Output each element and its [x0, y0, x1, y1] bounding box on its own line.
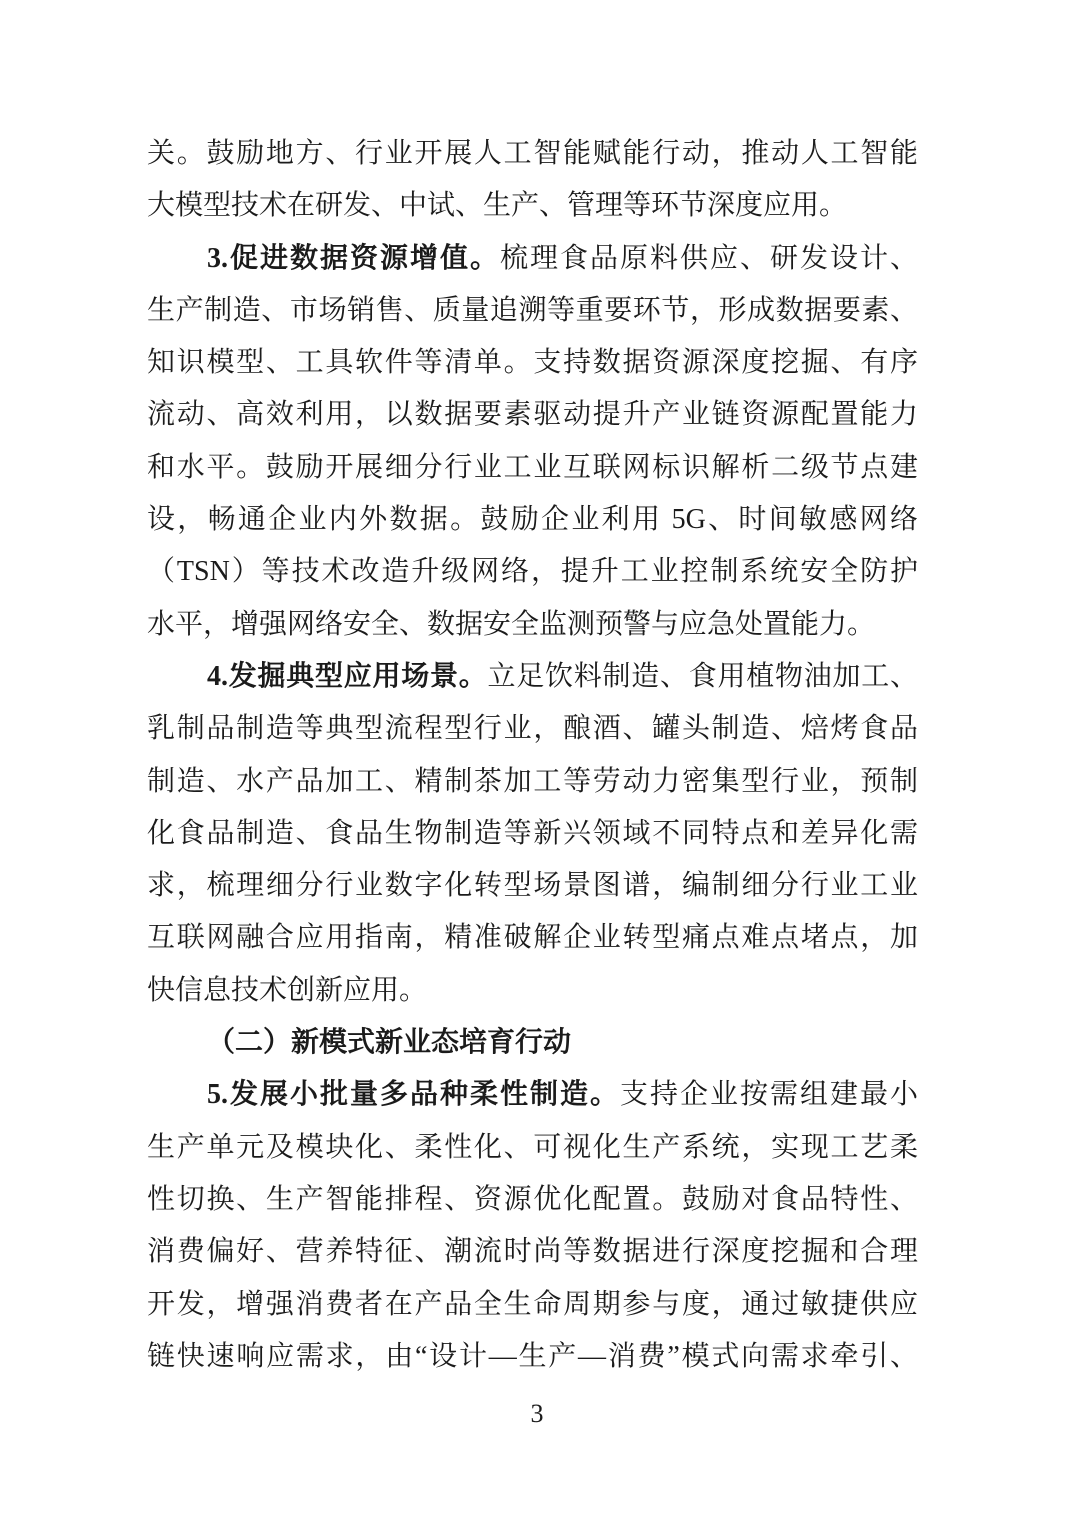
- text-line: 关。鼓励地方、行业开展人工智能赋能行动，推动人工智能: [147, 128, 918, 180]
- bold-run: 4.发掘典型应用场景。: [207, 661, 488, 692]
- text-line: 开发，增强消费者在产品全生命周期参与度，通过敏捷供应: [147, 1279, 918, 1331]
- text-run: （TSN）等技术改造升级网络，提升工业控制系统安全防护: [147, 556, 918, 587]
- text-line: 4.发掘典型应用场景。立足饮料制造、食用植物油加工、: [147, 651, 918, 703]
- text-run: 制造、水产品加工、精制茶加工等劳动力密集型行业，预制: [147, 766, 918, 797]
- text-line: 知识模型、工具软件等清单。支持数据资源深度挖掘、有序: [147, 337, 918, 389]
- text-run: 快信息技术创新应用。: [147, 975, 427, 1006]
- text-run: 和水平。鼓励开展细分行业工业互联网标识解析二级节点建: [147, 452, 918, 483]
- text-run: 支持企业按需组建最小: [620, 1079, 918, 1110]
- text-line: 乳制品制造等典型流程型行业，酿酒、罐头制造、焙烤食品: [147, 703, 918, 755]
- text-run: 大模型技术在研发、中试、生产、管理等环节深度应用。: [147, 190, 847, 221]
- text-line: 互联网融合应用指南，精准破解企业转型痛点难点堵点，加: [147, 912, 918, 964]
- bold-run: 3.促进数据资源增值。: [207, 243, 500, 274]
- text-line: 求，梳理细分行业数字化转型场景图谱，编制细分行业工业: [147, 860, 918, 912]
- text-line: （二）新模式新业态培育行动: [147, 1017, 918, 1069]
- text-line: 大模型技术在研发、中试、生产、管理等环节深度应用。: [147, 180, 918, 232]
- text-line: 生产单元及模块化、柔性化、可视化生产系统，实现工艺柔: [147, 1122, 918, 1174]
- text-line: 链快速响应需求，由“设计—生产—消费”模式向需求牵引、: [147, 1331, 918, 1383]
- text-run: 立足饮料制造、食用植物油加工、: [488, 661, 918, 692]
- text-line: 和水平。鼓励开展细分行业工业互联网标识解析二级节点建: [147, 442, 918, 494]
- text-run: 流动、高效利用，以数据要素驱动提升产业链资源配置能力: [147, 399, 918, 430]
- text-line: 生产制造、市场销售、质量追溯等重要环节，形成数据要素、: [147, 285, 918, 337]
- bold-run: 5.发展小批量多品种柔性制造。: [207, 1079, 620, 1110]
- text-line: 性切换、生产智能排程、资源优化配置。鼓励对食品特性、: [147, 1174, 918, 1226]
- text-block: 关。鼓励地方、行业开展人工智能赋能行动，推动人工智能大模型技术在研发、中试、生产…: [147, 128, 918, 1383]
- text-line: 化食品制造、食品生物制造等新兴领域不同特点和差异化需: [147, 808, 918, 860]
- text-run: 关。鼓励地方、行业开展人工智能赋能行动，推动人工智能: [147, 138, 918, 169]
- text-run: 性切换、生产智能排程、资源优化配置。鼓励对食品特性、: [147, 1184, 918, 1215]
- text-run: 乳制品制造等典型流程型行业，酿酒、罐头制造、焙烤食品: [147, 713, 918, 744]
- text-run: 化食品制造、食品生物制造等新兴领域不同特点和差异化需: [147, 818, 918, 849]
- text-run: 水平，增强网络安全、数据安全监测预警与应急处置能力。: [147, 609, 875, 640]
- text-line: 快信息技术创新应用。: [147, 965, 918, 1017]
- text-line: 5.发展小批量多品种柔性制造。支持企业按需组建最小: [147, 1069, 918, 1121]
- page-number: 3: [0, 1398, 1074, 1430]
- text-run: 互联网融合应用指南，精准破解企业转型痛点难点堵点，加: [147, 922, 918, 953]
- text-run: 链快速响应需求，由“设计—生产—消费”模式向需求牵引、: [147, 1341, 918, 1372]
- text-line: 消费偏好、营养特征、潮流时尚等数据进行深度挖掘和合理: [147, 1226, 918, 1278]
- text-line: 水平，增强网络安全、数据安全监测预警与应急处置能力。: [147, 599, 918, 651]
- text-line: 设，畅通企业内外数据。鼓励企业利用 5G、时间敏感网络: [147, 494, 918, 546]
- text-run: 生产单元及模块化、柔性化、可视化生产系统，实现工艺柔: [147, 1132, 918, 1163]
- text-run: 梳理食品原料供应、研发设计、: [500, 243, 918, 274]
- text-run: 生产制造、市场销售、质量追溯等重要环节，形成数据要素、: [147, 295, 918, 326]
- text-line: 制造、水产品加工、精制茶加工等劳动力密集型行业，预制: [147, 756, 918, 808]
- text-line: 3.促进数据资源增值。梳理食品原料供应、研发设计、: [147, 233, 918, 285]
- document-page: 关。鼓励地方、行业开展人工智能赋能行动，推动人工智能大模型技术在研发、中试、生产…: [0, 0, 1074, 1520]
- bold-run: （二）新模式新业态培育行动: [207, 1027, 571, 1058]
- text-line: 流动、高效利用，以数据要素驱动提升产业链资源配置能力: [147, 389, 918, 441]
- text-run: 知识模型、工具软件等清单。支持数据资源深度挖掘、有序: [147, 347, 918, 378]
- text-line: （TSN）等技术改造升级网络，提升工业控制系统安全防护: [147, 546, 918, 598]
- text-run: 设，畅通企业内外数据。鼓励企业利用 5G、时间敏感网络: [147, 504, 918, 535]
- text-run: 求，梳理细分行业数字化转型场景图谱，编制细分行业工业: [147, 870, 918, 901]
- text-run: 开发，增强消费者在产品全生命周期参与度，通过敏捷供应: [147, 1289, 918, 1320]
- text-run: 消费偏好、营养特征、潮流时尚等数据进行深度挖掘和合理: [147, 1236, 918, 1267]
